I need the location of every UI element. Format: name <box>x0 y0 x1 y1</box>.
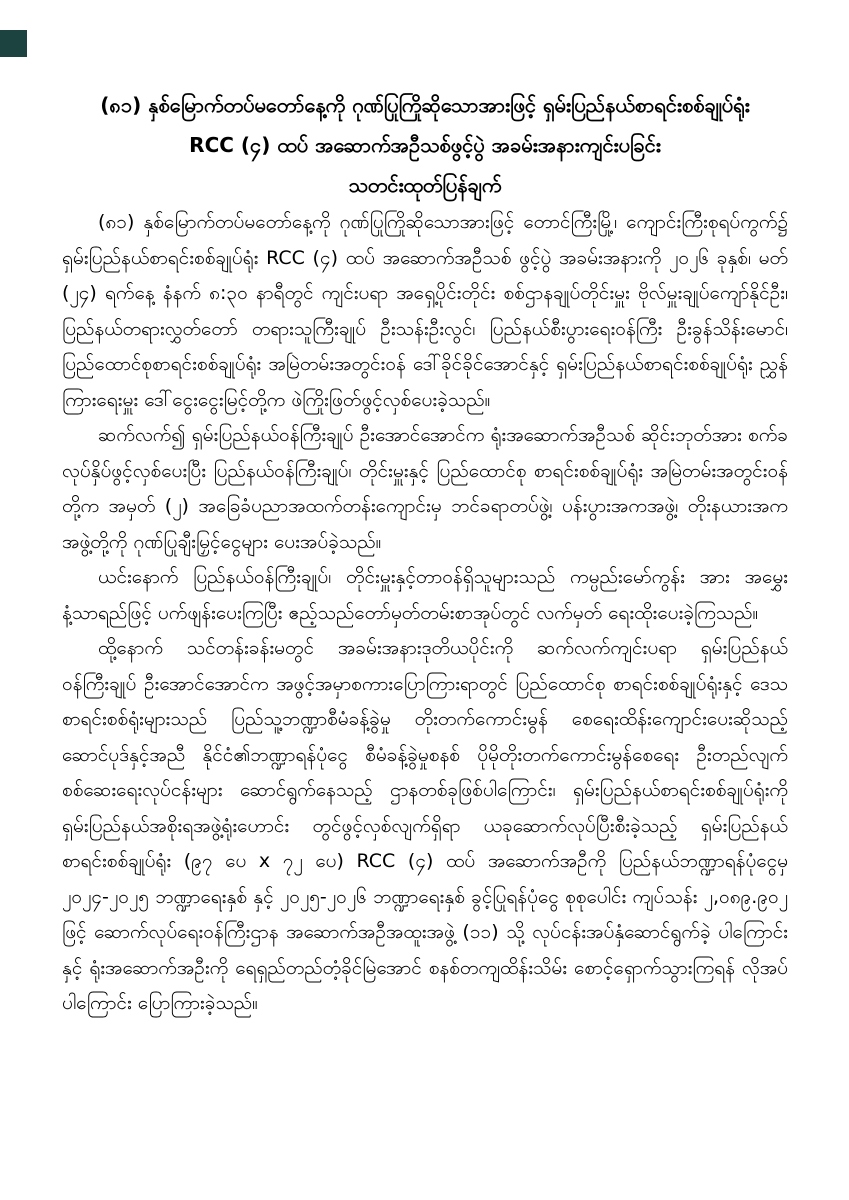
document-title: (၈၁) နှစ်မြောက်တပ်မတော်နေ့ကို ဂုဏ်ပြုကြိ… <box>62 85 788 205</box>
title-line-3: သတင်းထုတ်ပြန်ချက် <box>62 165 788 205</box>
paragraph-2: ဆက်လက်၍ ရှမ်းပြည်နယ်ဝန်ကြီးချုပ် ဦးအောင်… <box>62 418 788 560</box>
document-content: (၈၁) နှစ်မြောက်တပ်မတော်နေ့ကို ဂုဏ်ပြုကြိ… <box>62 0 788 1022</box>
document-page: (၈၁) နှစ်မြောက်တပ်မတော်နေ့ကို ဂုဏ်ပြုကြိ… <box>0 0 849 1200</box>
paragraph-4: ထို့နောက် သင်တန်းခန်းမတွင် အခမ်းအနားဒုတိ… <box>62 631 788 1022</box>
paragraph-1: (၈၁) နှစ်မြောက်တပ်မတော်နေ့ကို ဂုဏ်ပြုကြိ… <box>62 205 788 418</box>
paragraph-3: ယင်းနောက် ပြည်နယ်ဝန်ကြီးချုပ်၊ တိုင်းမှူ… <box>62 560 788 631</box>
document-body: (၈၁) နှစ်မြောက်တပ်မတော်နေ့ကို ဂုဏ်ပြုကြိ… <box>62 205 788 1022</box>
title-line-2: RCC (၄) ထပ် အဆောက်အဦသစ်ဖွင့်ပွဲ အခမ်းအနာ… <box>62 125 788 165</box>
title-line-1: (၈၁) နှစ်မြောက်တပ်မတော်နေ့ကို ဂုဏ်ပြုကြိ… <box>62 85 788 125</box>
corner-mark <box>0 30 27 57</box>
